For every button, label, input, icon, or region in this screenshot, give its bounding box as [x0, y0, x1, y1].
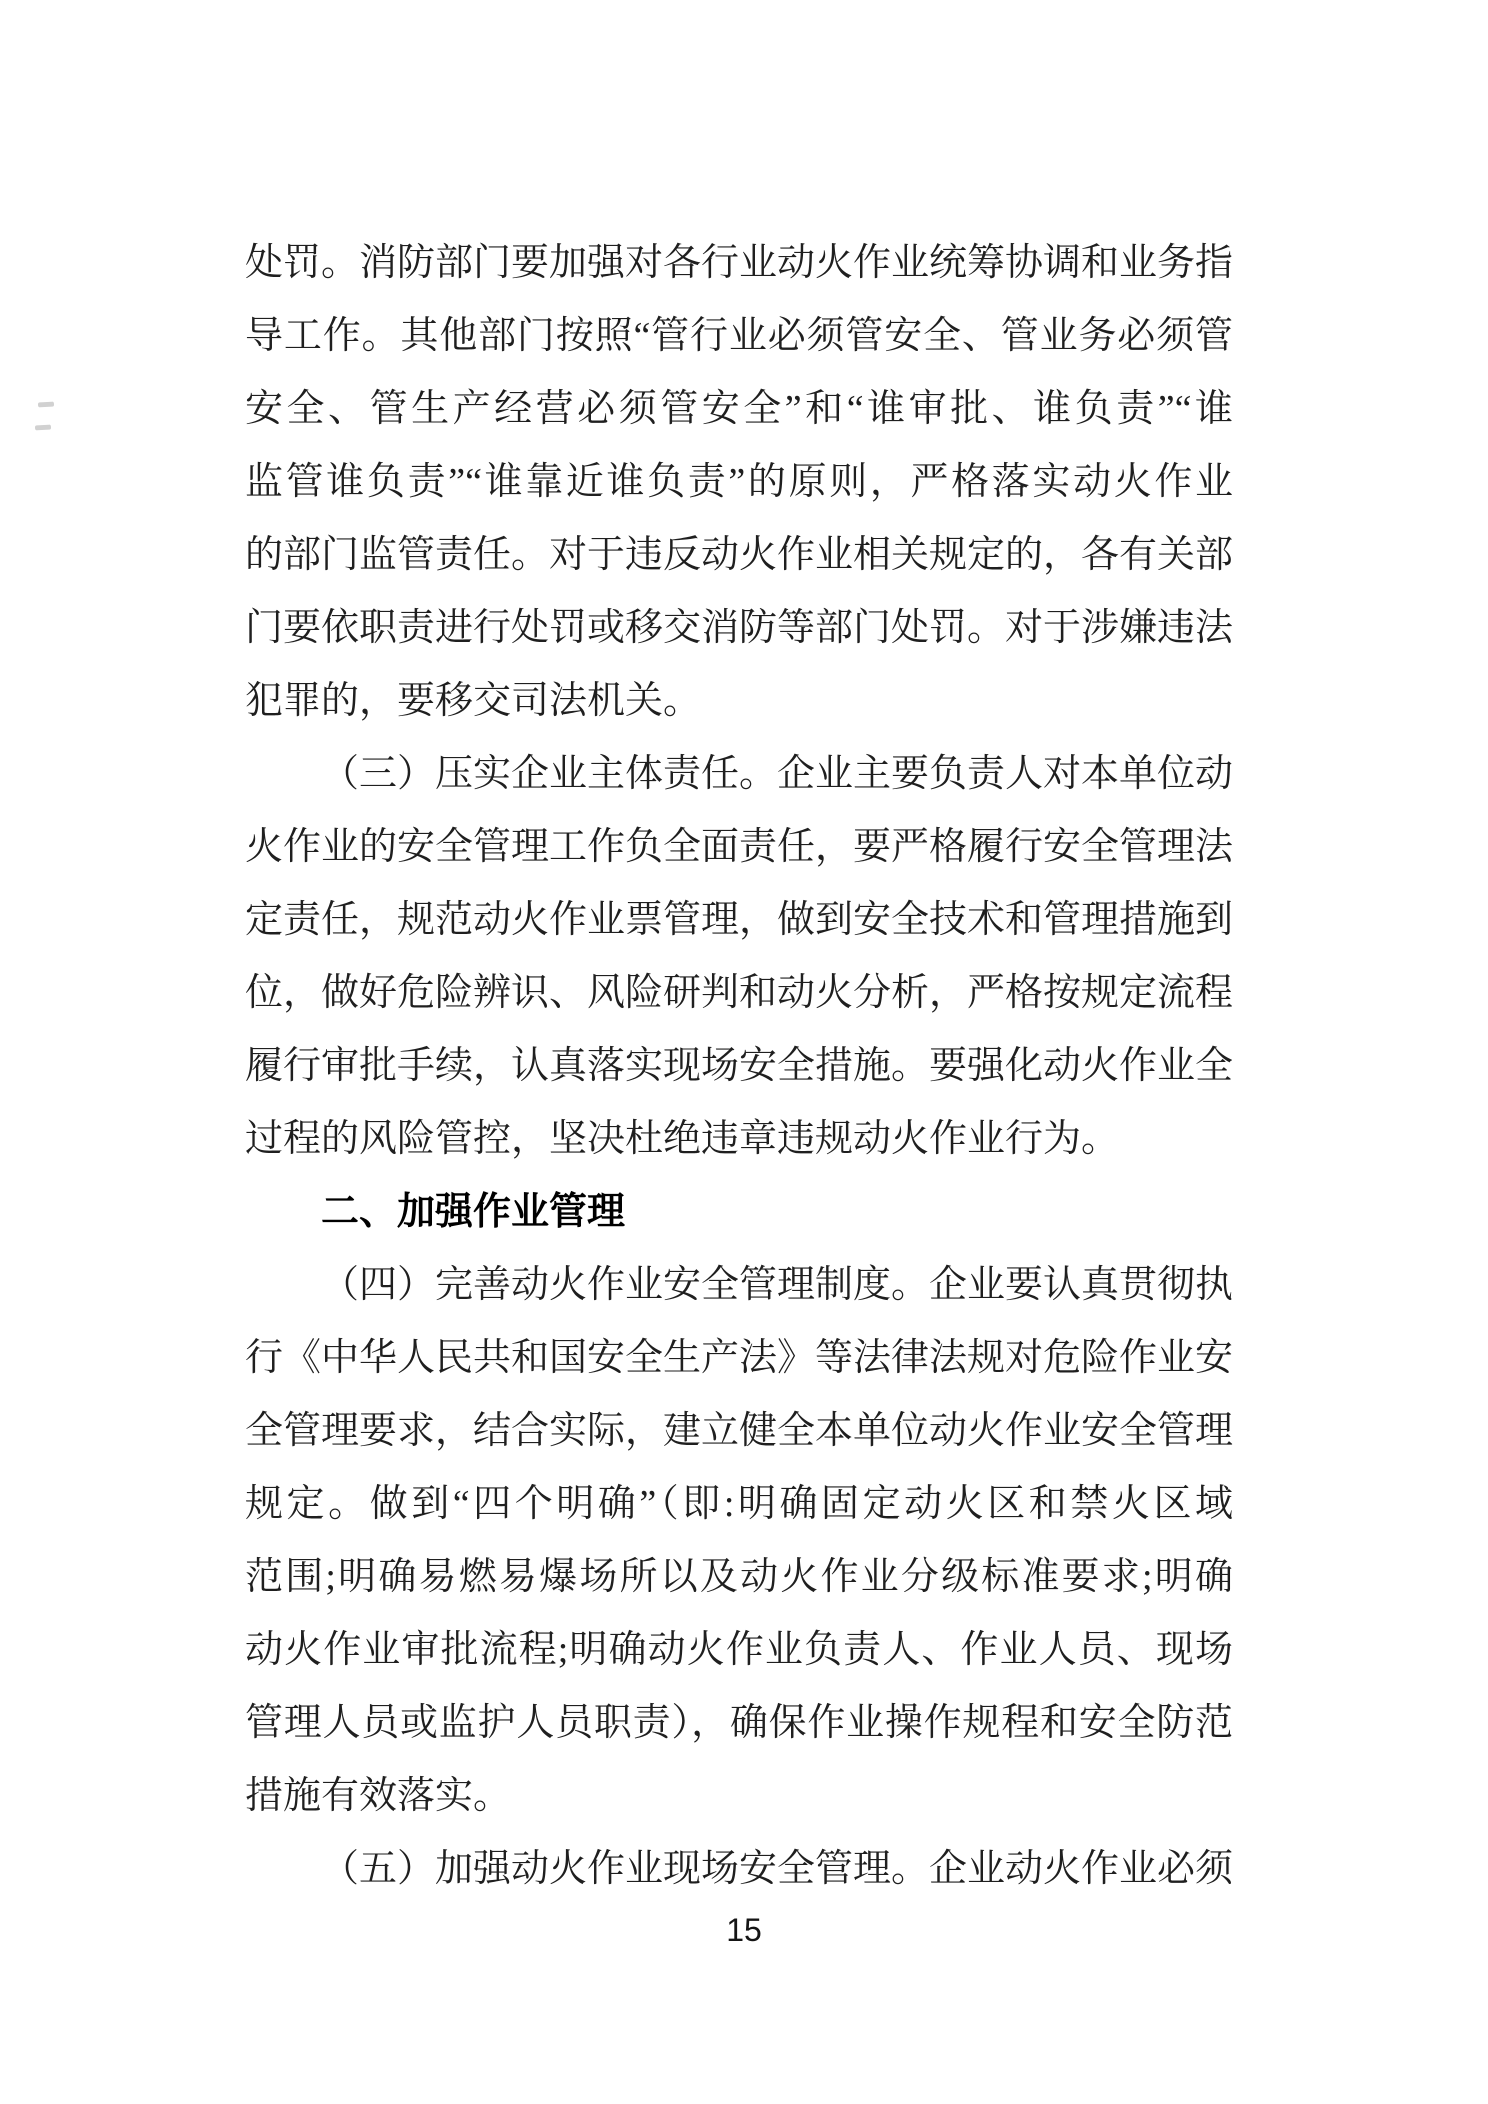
text-line: 门要依职责进行处罚或移交消防等部门处罚。对于涉嫌违法 — [245, 592, 1233, 665]
text-line: 全管理要求，结合实际，建立健全本单位动火作业安全管理 — [245, 1395, 1233, 1468]
text-line: 处罚。消防部门要加强对各行业动火作业统筹协调和业务指 — [245, 227, 1233, 300]
section-heading: 二、加强作业管理 — [245, 1176, 1233, 1249]
scan-artifact — [38, 402, 54, 408]
text-line: 火作业的安全管理工作负全面责任，要严格履行安全管理法 — [245, 811, 1233, 884]
text-line: （四）完善动火作业安全管理制度。企业要认真贯彻执 — [245, 1249, 1233, 1322]
text-line: 位，做好危险辨识、风险研判和动火分析，严格按规定流程 — [245, 957, 1233, 1030]
page-number: 15 — [0, 1912, 1488, 1949]
text-line: （三）压实企业主体责任。企业主要负责人对本单位动 — [245, 738, 1233, 811]
text-line: 安全、管生产经营必须管安全”和“谁审批、谁负责”“谁 — [245, 373, 1233, 446]
text-line: 履行审批手续，认真落实现场安全措施。要强化动火作业全 — [245, 1030, 1233, 1103]
text-line: 定责任，规范动火作业票管理，做到安全技术和管理措施到 — [245, 884, 1233, 957]
text-block: 处罚。消防部门要加强对各行业动火作业统筹协调和业务指导工作。其他部门按照“管行业… — [245, 227, 1233, 1906]
text-line: 动火作业审批流程;明确动火作业负责人、作业人员、现场 — [245, 1614, 1233, 1687]
text-line: 范围;明确易燃易爆场所以及动火作业分级标准要求;明确 — [245, 1541, 1233, 1614]
text-line: 导工作。其他部门按照“管行业必须管安全、管业务必须管 — [245, 300, 1233, 373]
document-page: 处罚。消防部门要加强对各行业动火作业统筹协调和业务指导工作。其他部门按照“管行业… — [0, 0, 1488, 2104]
text-line: 犯罪的，要移交司法机关。 — [245, 665, 1233, 738]
text-line: 监管谁负责”“谁靠近谁负责”的原则，严格落实动火作业 — [245, 446, 1233, 519]
scan-artifact — [35, 425, 51, 431]
text-line: 过程的风险管控，坚决杜绝违章违规动火作业行为。 — [245, 1103, 1233, 1176]
text-line: 行《中华人民共和国安全生产法》等法律法规对危险作业安 — [245, 1322, 1233, 1395]
text-line: 措施有效落实。 — [245, 1760, 1233, 1833]
text-line: 管理人员或监护人员职责），确保作业操作规程和安全防范 — [245, 1687, 1233, 1760]
text-line: （五）加强动火作业现场安全管理。企业动火作业必须 — [245, 1833, 1233, 1906]
text-line: 规定。做到“四个明确”（即:明确固定动火区和禁火区域 — [245, 1468, 1233, 1541]
text-line: 的部门监管责任。对于违反动火作业相关规定的，各有关部 — [245, 519, 1233, 592]
